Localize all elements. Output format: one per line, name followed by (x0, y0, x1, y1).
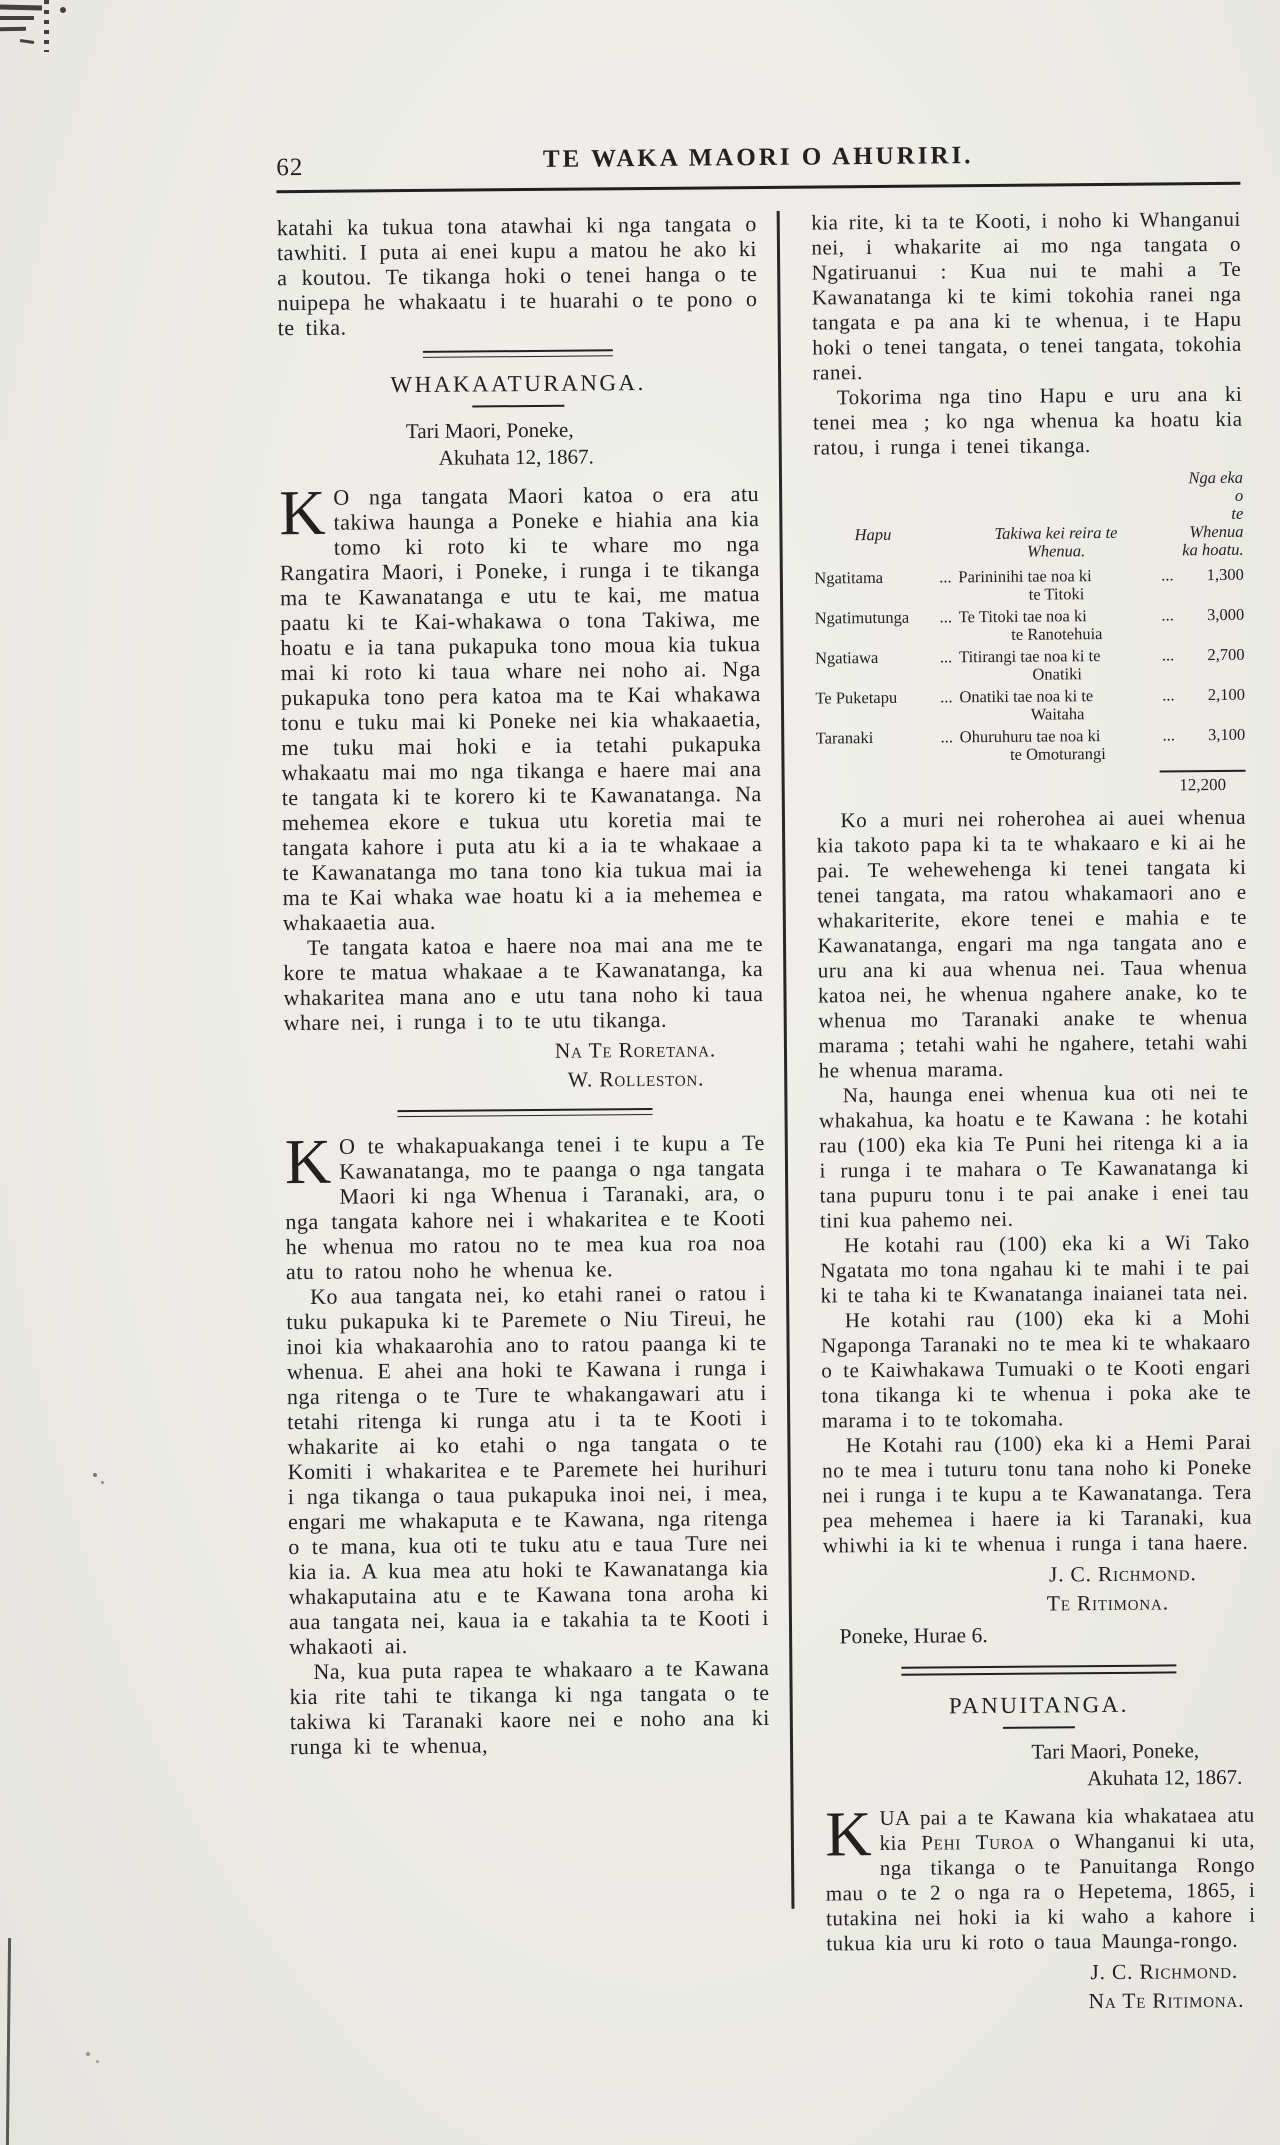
acres-value: 3,000 (1181, 606, 1245, 643)
signature-maori: Na Te Roretana. (284, 1035, 764, 1068)
binding-mark (0, 4, 42, 10)
signature-maori: Na Te Ritimona. (827, 1986, 1257, 2019)
takiwa-description: Parininihi tae noa ki te Titoki (958, 567, 1154, 605)
newspaper-page-scan: 62 TE WAKA MAORI O AHURIRI. katahi ka tu… (0, 0, 1280, 2145)
article-opening-paragraph: KO te whakapuakanga tenei i te kupu a Te… (285, 1130, 766, 1284)
body-paragraph: Te tangata katoa e haere noa mai ana me … (283, 931, 764, 1035)
printed-sheet: 62 TE WAKA MAORI O AHURIRI. katahi ka tu… (276, 132, 1256, 2023)
body-paragraph: Ko aua tangata nei, ko etahi ranei o rat… (286, 1280, 769, 1659)
chief-name: Pehi Turoa (921, 1830, 1035, 1855)
article-separator-rule (423, 349, 613, 358)
dateline-date: Akuhata 12, 1867. (279, 442, 759, 473)
place-date-line: Poneke, Hurae 6. (823, 1619, 1253, 1652)
takiwa-description: Onatiki tae noa ki te Waitaha (959, 687, 1155, 725)
leader-dots: ... (1155, 646, 1181, 682)
section-separator-double-rule (901, 1664, 1176, 1675)
left-column: katahi ka tukua tona atawhai ki nga tang… (277, 211, 793, 2023)
table-total-value: 12,200 (1160, 770, 1246, 796)
heading-underline-rule (1003, 1726, 1075, 1729)
table-header-acres: Nga eka o te Whenua ka hoatu. (1179, 469, 1243, 560)
article-opening-paragraph: KUA pai a te Kawana kia whakataea atu ki… (825, 1803, 1256, 1957)
text-columns: katahi ka tukua tona atawhai ki nga tang… (277, 207, 1257, 2023)
table-row: Te Puketapu ... Onatiki tae noa ki te Wa… (815, 686, 1245, 726)
page-number: 62 (276, 154, 303, 182)
body-paragraph: He Kotahi rau (100) eka ki a Hemi Parai … (822, 1430, 1253, 1559)
dropcap-letter: K (279, 485, 334, 538)
continuation-paragraph: katahi ka tukua tona atawhai ki nga tang… (277, 211, 758, 340)
leader-dots: ... (1155, 606, 1181, 642)
dateline: Tari Maori, Poneke, Akuhata 12, 1867. (278, 415, 758, 473)
signature-english: J. C. Richmond. (826, 1957, 1256, 1990)
body-paragraph: Tokorima nga tino Hapu e uru ana ki tene… (813, 382, 1243, 461)
takiwa-description: Ohuruhuru tae noa ki te Omoturangi (960, 727, 1156, 765)
hapu-name: Taranaki (816, 728, 934, 765)
article-separator-rule (397, 1108, 652, 1117)
article-opening-paragraph: KO nga tangata Maori katoa o era atu tak… (279, 481, 763, 935)
leader-dots: ... (932, 568, 958, 604)
table-header-hapu: Hapu (814, 525, 932, 562)
dateline-date: Akuhata 12, 1867. (825, 1764, 1255, 1795)
hapu-name: Te Puketapu (815, 688, 933, 725)
dropcap-letter: K (825, 1806, 880, 1859)
margin-speck (86, 2052, 90, 2056)
dateline-office: Tari Maori, Poneke, (825, 1737, 1255, 1768)
leader-dots: ... (933, 608, 959, 644)
signature-english: J. C. Richmond. (823, 1559, 1253, 1592)
hapu-name: Ngatiawa (815, 648, 933, 685)
dropcap-letter: K (285, 1134, 340, 1187)
right-column: kia rite, ki ta te Kooti, i noho ki Whan… (779, 207, 1256, 2019)
masthead-title: TE WAKA MAORI O AHURIRI. (276, 132, 1240, 176)
ink-speck (60, 7, 66, 13)
acres-value: 2,100 (1181, 686, 1245, 723)
signature-english: W. Rolleston. (284, 1064, 764, 1097)
table-header-acres-line: ka hoatu. (1180, 541, 1244, 560)
takiwa-description: Titirangi tae noa ki te Onatiki (959, 647, 1155, 685)
margin-speck (96, 2060, 99, 2063)
binding-stitch-dots (44, 0, 49, 52)
body-paragraph: Na, haunga enei whenua kua oti nei te wh… (819, 1080, 1250, 1234)
heading-underline-rule (472, 405, 564, 408)
leader-dots: ... (934, 728, 960, 764)
table-row: Ngatiawa ... Titirangi tae noa ki te Ona… (815, 646, 1245, 686)
table-row: Ngatitama ... Parininihi tae noa ki te T… (814, 566, 1244, 606)
leader-dots: ... (1155, 686, 1181, 722)
binding-mark (20, 39, 34, 44)
hapu-name: Ngatitama (814, 568, 932, 605)
page-header: 62 TE WAKA MAORI O AHURIRI. (276, 132, 1240, 186)
table-row: Taranaki ... Ohuruhuru tae noa ki te Omo… (816, 726, 1246, 766)
paragraph-text: O te whakapuakanga tenei i te kupu a Te … (285, 1130, 765, 1284)
page-edge-line (6, 1938, 11, 2145)
binding-mark (0, 16, 34, 20)
land-allocation-table: Hapu Takiwa kei reira te Whenua. Nga eka… (813, 469, 1245, 799)
leader-dots: ... (1154, 566, 1180, 602)
acres-value: 2,700 (1181, 646, 1245, 683)
body-paragraph: He kotahi rau (100) eka ki a Wi Tako Nga… (820, 1230, 1250, 1309)
dateline-office: Tari Maori, Poneke, (278, 415, 758, 446)
body-paragraph: Ko a muri nei roherohea ai auei whenua k… (816, 805, 1248, 1084)
body-paragraph: Na, kua puta rapea te whakaaro a te Kawa… (289, 1655, 770, 1759)
whakaaturanga-heading: WHAKAATURANGA. (278, 369, 758, 399)
signature-maori: Te Ritimona. (823, 1588, 1253, 1621)
dateline: Tari Maori, Poneke, Akuhata 12, 1867. (825, 1737, 1255, 1795)
leader-dots: ... (933, 648, 959, 684)
continuation-paragraph: kia rite, ki ta te Kooti, i noho ki Whan… (811, 207, 1242, 386)
body-paragraph: He kotahi rau (100) eka ki a Mohi Ngapon… (821, 1305, 1252, 1434)
takiwa-description: Te Titoki tae noa ki te Ranotehuia (959, 607, 1155, 645)
table-header-takiwa: Takiwa kei reira te Whenua. (958, 524, 1154, 562)
acres-value: 1,300 (1180, 566, 1244, 603)
table-header-takiwa-line: Takiwa kei reira te (958, 524, 1154, 544)
leader-dots: ... (1156, 726, 1182, 762)
hapu-name: Ngatimutunga (815, 608, 933, 645)
table-header-acres-line: te Whenua (1180, 505, 1244, 542)
margin-speck (93, 1473, 97, 1477)
table-header-row: Hapu Takiwa kei reira te Whenua. Nga eka… (813, 469, 1243, 563)
table-header-acres-line: Nga eka o (1179, 469, 1243, 506)
binding-mark (0, 27, 26, 31)
paragraph-text: O nga tangata Maori katoa o era atu taki… (280, 481, 763, 935)
panuitanga-heading: PANUITANGA. (824, 1691, 1254, 1721)
table-row: Ngatimutunga ... Te Titoki tae noa ki te… (815, 606, 1245, 646)
table-total-row: 12,200 (816, 770, 1246, 799)
margin-speck (101, 1481, 104, 1484)
leader-dots: ... (933, 688, 959, 724)
table-header-takiwa-line: Whenua. (958, 542, 1154, 562)
acres-value: 3,100 (1182, 726, 1246, 763)
